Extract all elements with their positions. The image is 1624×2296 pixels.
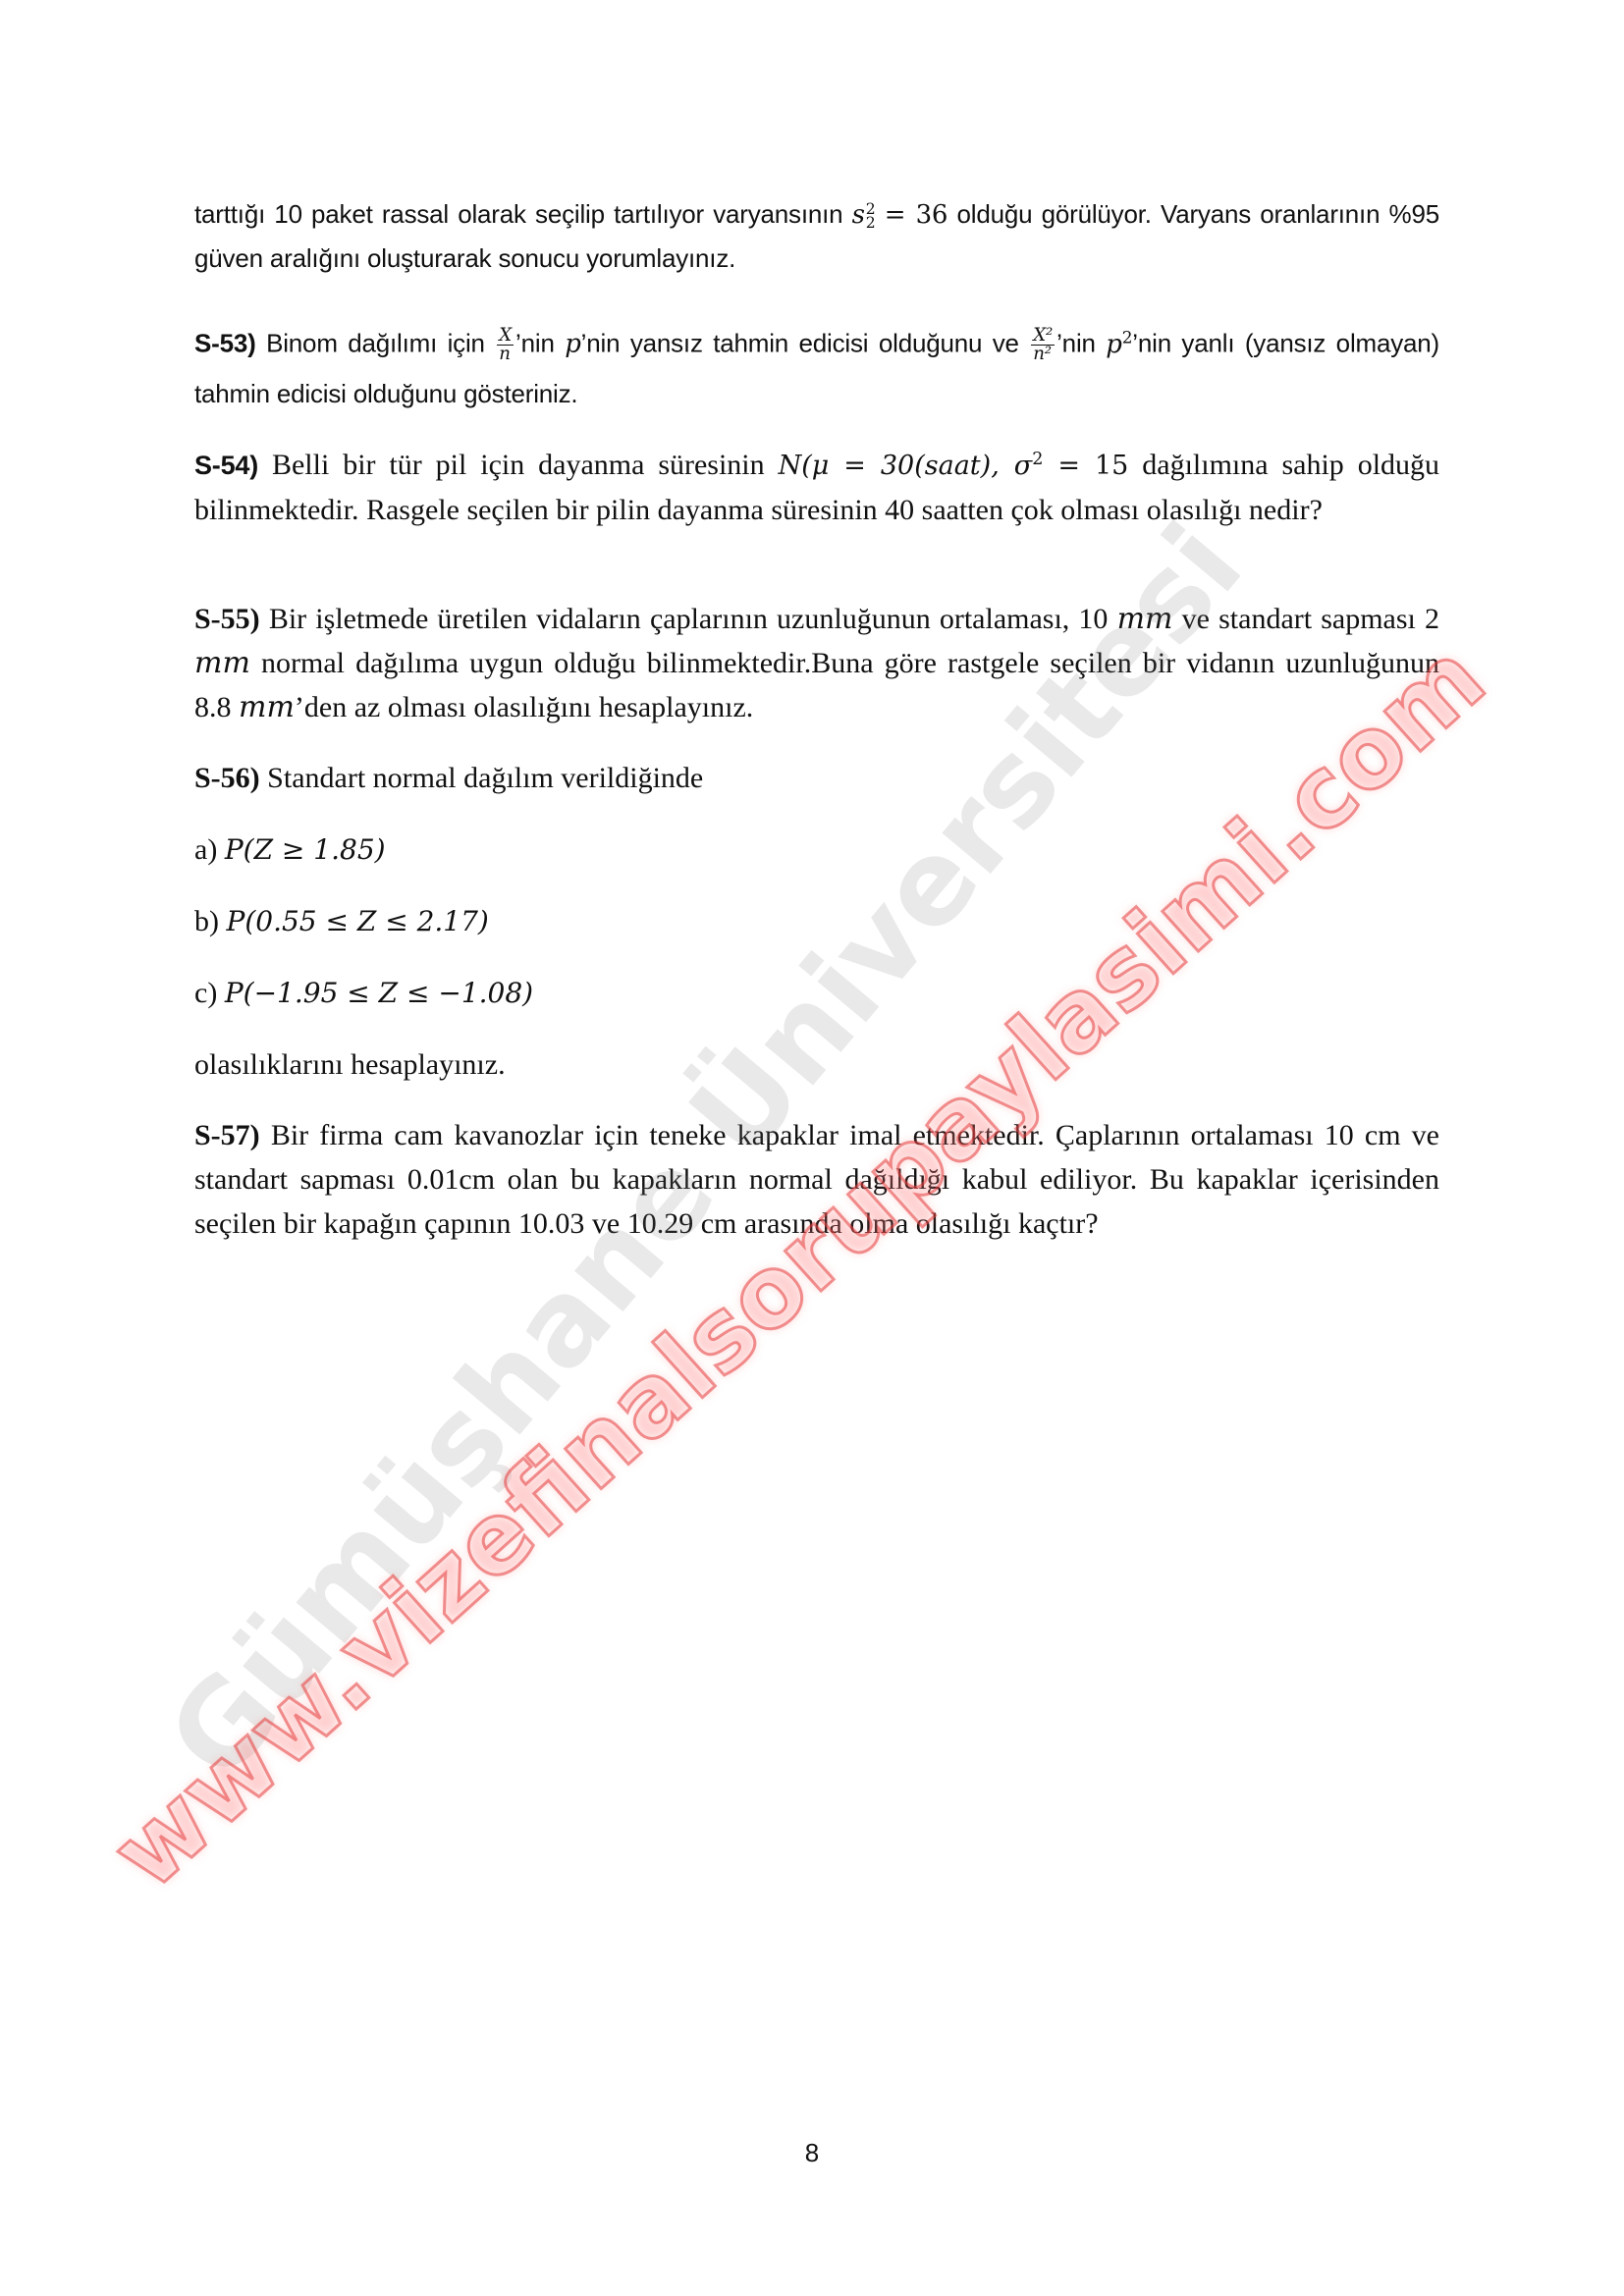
page-number: 8 <box>0 2138 1624 2168</box>
question-text: Bir firma cam kavanozlar için teneke kap… <box>194 1119 1439 1240</box>
fraction-x2-over-n2: X²n² <box>1031 327 1055 363</box>
subquestion-c: c) P(−1.95 ≤ Z ≤ −1.08) <box>194 971 1439 1015</box>
math-p-squared: p2 <box>1106 330 1132 359</box>
question-number: S-54) <box>194 451 258 480</box>
question-s53: S-53) Binom dağılımı için Xn’nin p’nin y… <box>194 312 1439 418</box>
question-number: S-57) <box>194 1119 260 1151</box>
question-number: S-53) <box>194 329 256 358</box>
question-closing: olasılıklarını hesaplayınız. <box>194 1048 506 1081</box>
normal-distribution-formula: N(μ = 30(saat), σ2 = 15 <box>779 451 1129 481</box>
question-number: S-55) <box>194 603 260 635</box>
variance-formula: s22 <box>852 200 876 230</box>
unit-mm: mm <box>239 690 295 724</box>
question-s57: S-57) Bir firma cam kavanozlar için tene… <box>194 1113 1439 1246</box>
probability-expression: P(0.55 ≤ Z ≤ 2.17) <box>227 905 489 937</box>
question-s56: S-56) Standart normal dağılım verildiğin… <box>194 756 1439 1087</box>
question-text: ’den az olması olasılığını hesaplayınız. <box>295 691 753 723</box>
intro-paragraph: tarttığı 10 paket rassal olarak seçilip … <box>194 192 1439 280</box>
fraction-x-over-n: Xn <box>497 327 514 363</box>
variance-value: = 36 <box>885 200 948 230</box>
probability-expression: P(−1.95 ≤ Z ≤ −1.08) <box>225 977 533 1009</box>
intro-text: tarttığı 10 paket rassal olarak seçilip … <box>194 199 842 229</box>
question-text: ’nin <box>515 329 555 358</box>
question-text: Binom dağılımı için <box>266 329 485 358</box>
question-text: ve standart sapması 2 <box>1182 603 1439 635</box>
question-text: Bir işletmede üretilen vidaların çapları… <box>269 603 1109 635</box>
unit-mm: mm <box>194 646 250 680</box>
question-text: ’nin yansız tahmin edicisi olduğunu ve <box>581 329 1019 358</box>
probability-expression: P(Z ≥ 1.85) <box>225 833 386 866</box>
question-s55: S-55) Bir işletmede üretilen vidaların ç… <box>194 597 1439 729</box>
question-number: S-56) <box>194 762 260 794</box>
question-s54: S-54) Belli bir tür pil için dayanma sür… <box>194 438 1439 532</box>
math-p: p <box>565 330 580 359</box>
question-text: ’nin <box>1056 329 1096 358</box>
document-page: tarttığı 10 paket rassal olarak seçilip … <box>0 0 1624 2296</box>
question-text: Standart normal dağılım verildiğinde <box>267 762 703 794</box>
item-label: a) <box>194 833 217 866</box>
subquestion-a: a) P(Z ≥ 1.85) <box>194 828 1439 872</box>
unit-mm: mm <box>1117 602 1173 636</box>
item-label: c) <box>194 977 217 1009</box>
item-label: b) <box>194 905 219 937</box>
subquestion-b: b) P(0.55 ≤ Z ≤ 2.17) <box>194 899 1439 943</box>
question-text: Belli bir tür pil için dayanma süresinin <box>272 449 765 481</box>
